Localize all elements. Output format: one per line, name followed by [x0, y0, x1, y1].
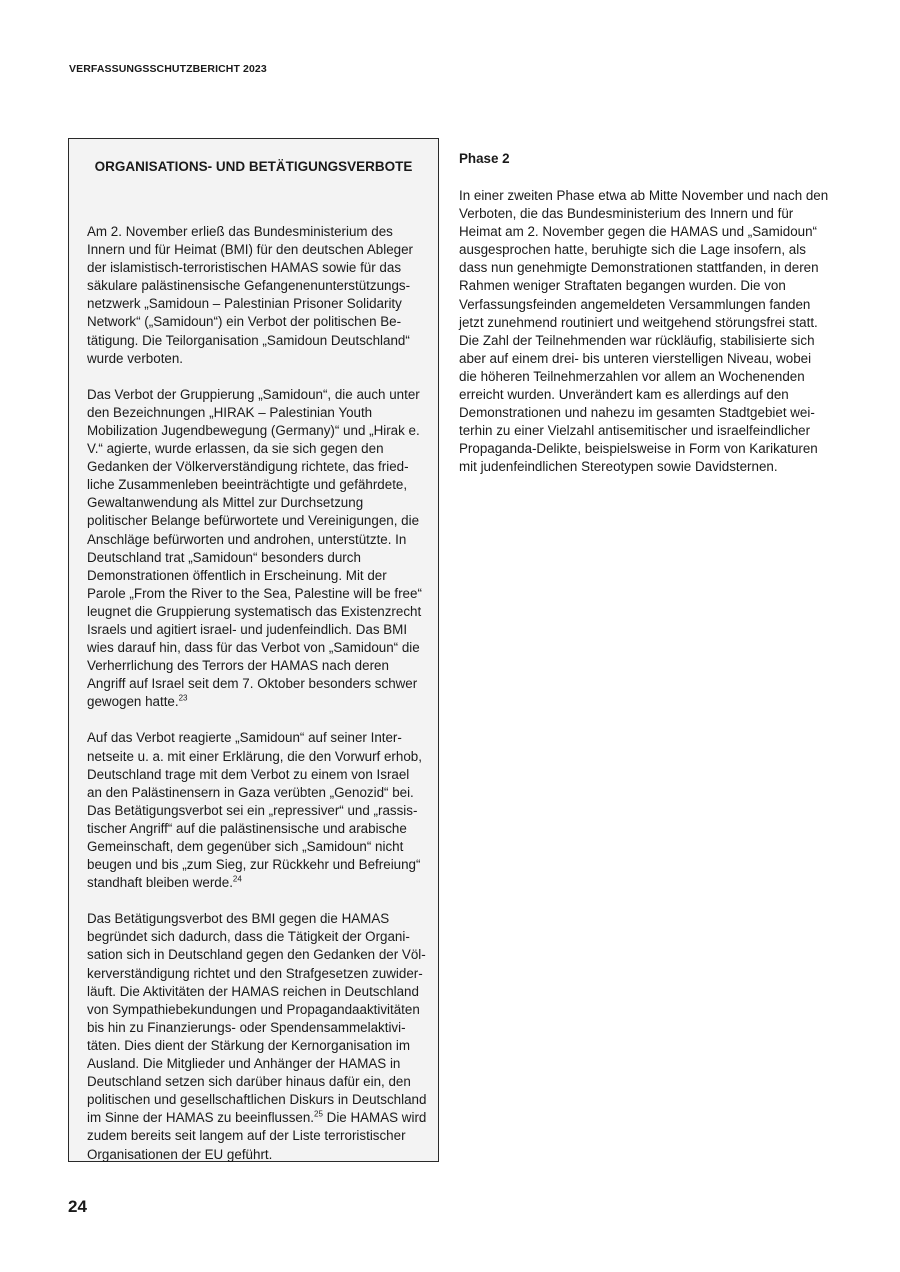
- box-paragraph: Auf das Verbot reagierte „Samidoun“ auf …: [87, 729, 427, 892]
- right-column: Phase 2 In einer zweiten Phase etwa ab M…: [459, 150, 829, 495]
- section-heading: Phase 2: [459, 150, 829, 168]
- running-header: VERFASSUNGSSCHUTZBERICHT 2023: [69, 63, 267, 75]
- box-body: Am 2. November erließ das Bundesminister…: [87, 223, 427, 1182]
- box-paragraph: Das Betätigungsverbot des BMI gegen die …: [87, 910, 427, 1163]
- box-title: ORGANISATIONS- UND BETÄTIGUNGSVERBOTE: [69, 159, 438, 174]
- footnote-ref[interactable]: 25: [314, 1110, 323, 1119]
- footnote-ref[interactable]: 23: [179, 694, 188, 703]
- info-box-organisation-bans: ORGANISATIONS- UND BETÄTIGUNGSVERBOTE Am…: [68, 138, 439, 1162]
- box-paragraph: Am 2. November erließ das Bundesminister…: [87, 223, 427, 368]
- page-number: 24: [68, 1197, 87, 1217]
- body-paragraph: In einer zweiten Phase etwa ab Mitte Nov…: [459, 187, 829, 477]
- box-paragraph: Das Verbot der Gruppierung „Samidoun“, d…: [87, 386, 427, 712]
- footnote-ref[interactable]: 24: [233, 875, 242, 884]
